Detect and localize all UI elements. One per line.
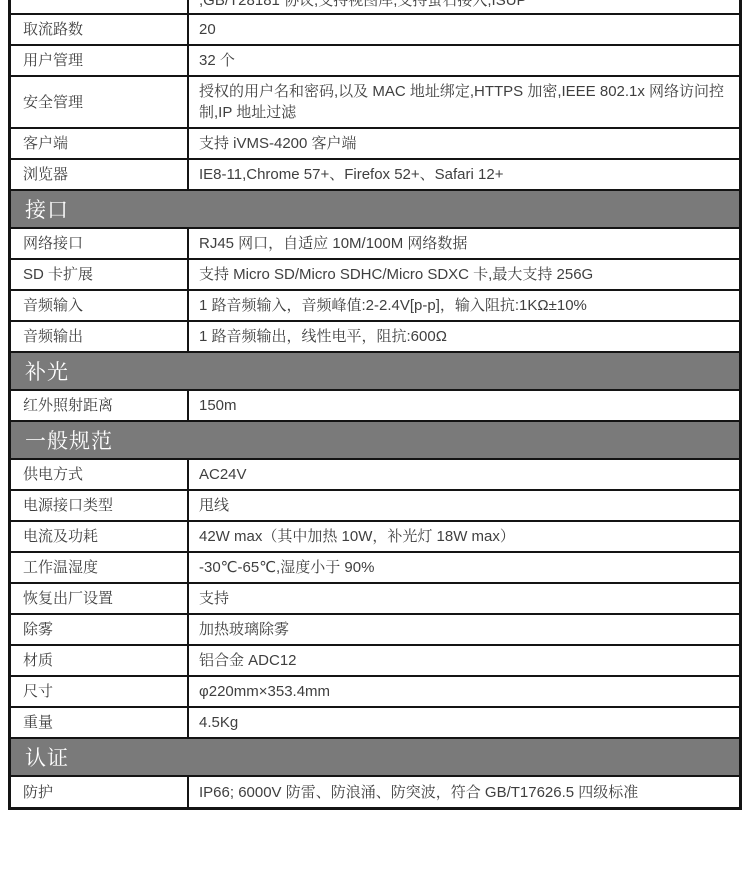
spec-row: 用户管理 32 个 [11,46,739,77]
clipped-top-row-text: ,GB/T28181 协议,支持视图库,支持萤石接入,ISUP [199,0,527,11]
spec-row: 网络接口 RJ45 网口，自适应 10M/100M 网络数据 [11,229,739,260]
spec-row: 供电方式 AC24V [11,460,739,491]
spec-row: 除雾 加热玻璃除雾 [11,615,739,646]
clipped-top-row-label [11,0,189,13]
spec-row: 恢复出厂设置 支持 [11,584,739,615]
spec-row: 音频输入 1 路音频输入，音频峰值:2-2.4V[p-p]，输入阻抗:1KΩ±1… [11,291,739,322]
spec-row-label: 尺寸 [11,677,189,706]
spec-row-label: 客户端 [11,129,189,158]
spec-row-label: 浏览器 [11,160,189,189]
spec-row: 尺寸 φ220mm×353.4mm [11,677,739,708]
spec-row-label: 除雾 [11,615,189,644]
clipped-top-row-value: ,GB/T28181 协议,支持视图库,支持萤石接入,ISUP [189,0,739,13]
spec-row-value: 42W max（其中加热 10W，补光灯 18W max） [189,522,739,551]
spec-row: 取流路数 20 [11,15,739,46]
spec-row: 安全管理 授权的用户名和密码,以及 MAC 地址绑定,HTTPS 加密,IEEE… [11,77,739,129]
section-header-label: 认证 [25,742,69,772]
section-header-3: 一般规范 [11,422,739,460]
spec-row-value: 支持 [189,584,739,613]
spec-row-value: 32 个 [189,46,739,75]
spec-row-value: 支持 Micro SD/Micro SDHC/Micro SDXC 卡,最大支持… [189,260,739,289]
spec-row-label: 电源接口类型 [11,491,189,520]
spec-row-value: 4.5Kg [189,708,739,737]
spec-row-label: 取流路数 [11,15,189,44]
spec-row-label: 材质 [11,646,189,675]
spec-row: 电流及功耗 42W max（其中加热 10W，补光灯 18W max） [11,522,739,553]
spec-row-label: SD 卡扩展 [11,260,189,289]
spec-table-body: 取流路数 20 用户管理 32 个 安全管理 授权的用户名和密码,以及 MAC … [11,15,739,807]
section-header-2: 补光 [11,353,739,391]
spec-row-label: 网络接口 [11,229,189,258]
spec-row-value: φ220mm×353.4mm [189,677,739,706]
spec-row-label: 音频输入 [11,291,189,320]
spec-row-value: -30℃-65℃,湿度小于 90% [189,553,739,582]
spec-row-value: 加热玻璃除雾 [189,615,739,644]
clipped-top-row: ,GB/T28181 协议,支持视图库,支持萤石接入,ISUP [11,0,739,15]
spec-row: 电源接口类型 甩线 [11,491,739,522]
spec-row: 客户端 支持 iVMS-4200 客户端 [11,129,739,160]
spec-row-label: 用户管理 [11,46,189,75]
spec-row-label: 重量 [11,708,189,737]
spec-row-value: RJ45 网口，自适应 10M/100M 网络数据 [189,229,739,258]
spec-row: 防护 IP66; 6000V 防雷、防浪涌、防突波，符合 GB/T17626.5… [11,777,739,807]
spec-row-value: 甩线 [189,491,739,520]
spec-row-label: 恢复出厂设置 [11,584,189,613]
spec-row-label: 红外照射距离 [11,391,189,420]
spec-row: 重量 4.5Kg [11,708,739,739]
spec-row: 材质 铝合金 ADC12 [11,646,739,677]
spec-row-value: AC24V [189,460,739,489]
spec-row-value: 20 [189,15,739,44]
spec-row-value: 1 路音频输出，线性电平，阻抗:600Ω [189,322,739,351]
section-header-4: 认证 [11,739,739,777]
spec-row-label: 电流及功耗 [11,522,189,551]
spec-row-value: IE8-11,Chrome 57+、Firefox 52+、Safari 12+ [189,160,739,189]
spec-row: 浏览器 IE8-11,Chrome 57+、Firefox 52+、Safari… [11,160,739,191]
spec-row-label: 供电方式 [11,460,189,489]
spec-row-label: 安全管理 [11,77,189,127]
spec-row: 红外照射距离 150m [11,391,739,422]
spec-row-value: 支持 iVMS-4200 客户端 [189,129,739,158]
spec-row-value: 铝合金 ADC12 [189,646,739,675]
spec-table: ,GB/T28181 协议,支持视图库,支持萤石接入,ISUP 取流路数 20 … [8,0,742,810]
spec-row-value: IP66; 6000V 防雷、防浪涌、防突波，符合 GB/T17626.5 四级… [189,777,739,807]
spec-row: SD 卡扩展 支持 Micro SD/Micro SDHC/Micro SDXC… [11,260,739,291]
section-header-label: 接口 [25,194,69,224]
spec-row-value: 授权的用户名和密码,以及 MAC 地址绑定,HTTPS 加密,IEEE 802.… [189,77,739,127]
spec-row-label: 音频输出 [11,322,189,351]
spec-row: 工作温湿度 -30℃-65℃,湿度小于 90% [11,553,739,584]
spec-row-value: 1 路音频输入，音频峰值:2-2.4V[p-p]，输入阻抗:1KΩ±10% [189,291,739,320]
section-header-label: 补光 [25,356,69,386]
spec-row: 音频输出 1 路音频输出，线性电平，阻抗:600Ω [11,322,739,353]
spec-row-value: 150m [189,391,739,420]
spec-row-label: 工作温湿度 [11,553,189,582]
section-header-1: 接口 [11,191,739,229]
section-header-label: 一般规范 [25,425,113,455]
spec-row-label: 防护 [11,777,189,807]
